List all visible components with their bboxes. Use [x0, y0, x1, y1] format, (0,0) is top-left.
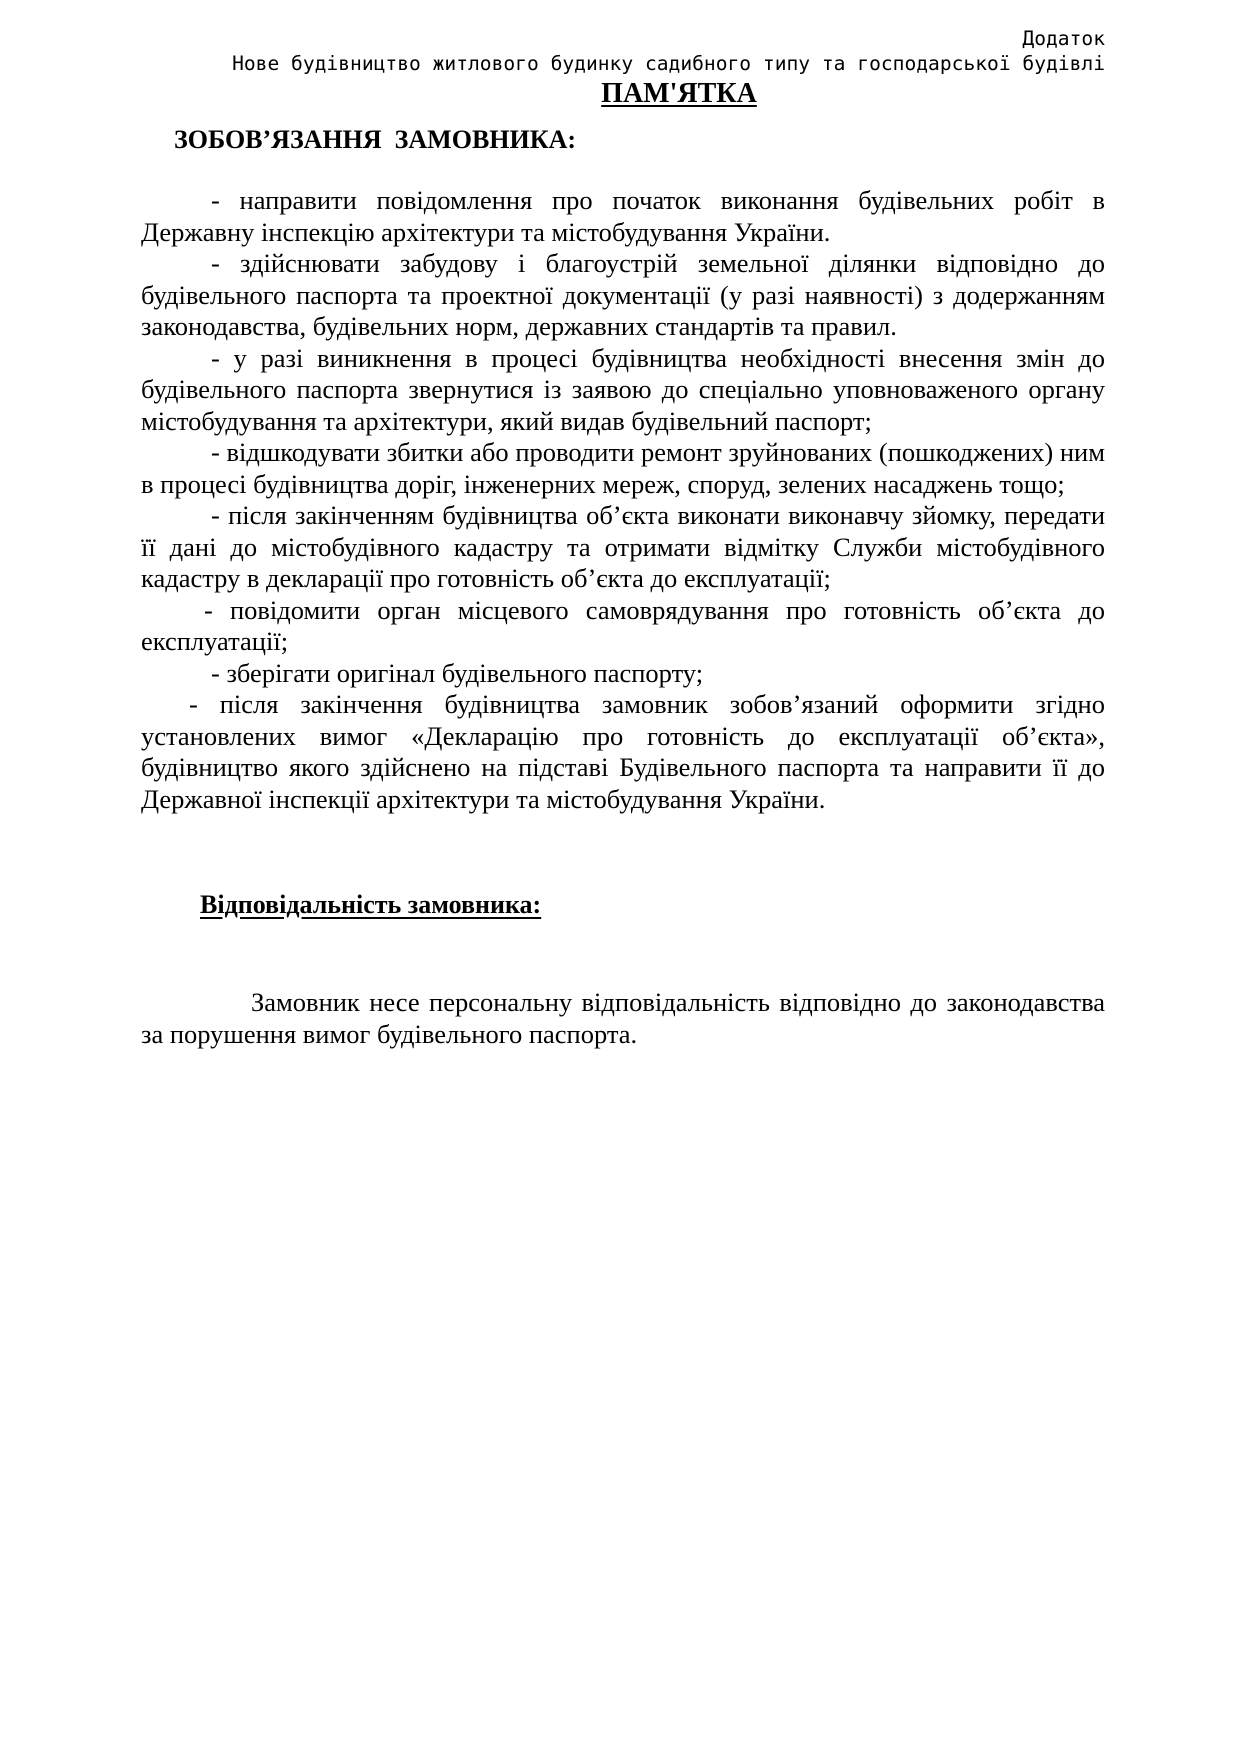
annex-label: Додаток — [141, 26, 1105, 51]
obligation-item: - направити повідомлення про початок вик… — [141, 185, 1105, 248]
obligation-item: - відшкодувати збитки або проводити ремо… — [141, 437, 1105, 500]
obligation-item: - здійснювати забудову і благоустрій зем… — [141, 248, 1105, 343]
obligations-heading: ЗОБОВ’ЯЗАННЯ ЗАМОВНИКА: — [141, 124, 1105, 155]
responsibility-section: Замовник несе персональну відповідальніс… — [141, 987, 1105, 1050]
document-title: ПАМ'ЯТКА — [141, 79, 1105, 109]
annex-header: Додаток Нове будівництво житлового будин… — [141, 26, 1105, 76]
obligation-item: - після закінчення будівництва замовник … — [141, 689, 1105, 815]
obligation-item: - у разі виникнення в процесі будівництв… — [141, 343, 1105, 438]
obligation-item: - повідомити орган місцевого самоврядува… — [141, 595, 1105, 658]
document-page: Додаток Нове будівництво житлового будин… — [0, 0, 1240, 1755]
obligation-item: - зберігати оригінал будівельного паспор… — [141, 658, 1105, 690]
obligation-item: - після закінченням будівництва об’єкта … — [141, 500, 1105, 595]
responsibility-text: Замовник несе персональну відповідальніс… — [141, 987, 1105, 1050]
annex-subtitle: Нове будівництво житлового будинку садиб… — [141, 51, 1105, 76]
responsibility-heading: Відповідальність замовника: — [141, 858, 1105, 951]
obligations-list: - направити повідомлення про початок вик… — [141, 185, 1105, 815]
